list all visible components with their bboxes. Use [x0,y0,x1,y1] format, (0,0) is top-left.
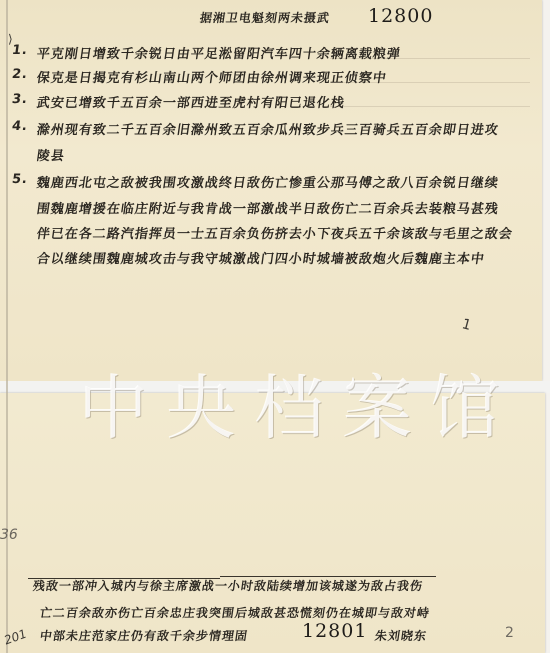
continuation-line-3: 中部未庄范家庄仍有敌千余步情理固 [39,627,249,644]
item-1-marker: 1. [11,43,29,58]
item-4-line-1: 滁州现有致二千五百余旧滁州致五百余瓜州致步兵三百骑兵五百余即日进攻 [36,119,501,138]
item-5-line-2: 围魏鹿增援在临庄附近与我肯战一部激战半日敌伤亡二百余兵去装粮马甚残 [36,198,501,217]
item-5-line-1: 魏鹿西北屯之敌被我围攻激战终日敌伤亡惨重公那马傅之敌八百余锐日继续 [36,172,501,191]
signature: 朱刘晓东 [374,627,428,644]
item-2-line-1: 保克是日揭克有杉山南山两个师团由徐州调来现正侦察中 [36,67,389,86]
serial-number-top: 12800 [368,5,433,27]
item-2-marker: 2. [11,67,29,82]
left-margin-rule [6,0,8,653]
margin-mark: 36 [0,527,18,543]
item-5-line-3: 伴已在各二路汽指挥员一士五百余负伤挤去小下夜兵五千余该敌与毛里之敌会 [36,223,515,242]
item-4-line-2: 陵县 [36,145,67,164]
archive-watermark: 中央档案馆 [78,352,518,453]
continuation-line-2: 亡二百余敌亦伤亡百余忠庄我突围后城敌甚恐慌刻仍在城即与敌对峙 [39,604,431,621]
continuation-line-1: 残敌一部冲入城内与徐主席激战一小时敌陆续增加该城遂为敌占我伤 [32,577,424,594]
document-title: 据湘卫电魁刻两未摄武 [199,9,331,26]
item-5-marker: 5. [11,172,29,187]
item-1-line-1: 平克刚日增致千余锐日由平足淞留阳汽车四十余辆离载粮弹 [36,43,403,62]
item-3-marker: 3. [11,92,29,107]
serial-number-bottom: 12801 [302,620,367,642]
item-3-line-1: 武安已增致千五百余一部西进至虎村有阳已退化栈 [36,92,347,111]
item-4-marker: 4. [11,119,29,134]
item-5-line-4: 合以继续围魏鹿城攻击与我守城激战门四小时城墙被敌炮火后魏鹿主本中 [36,248,487,267]
page-mark-2: 2 [505,625,514,641]
